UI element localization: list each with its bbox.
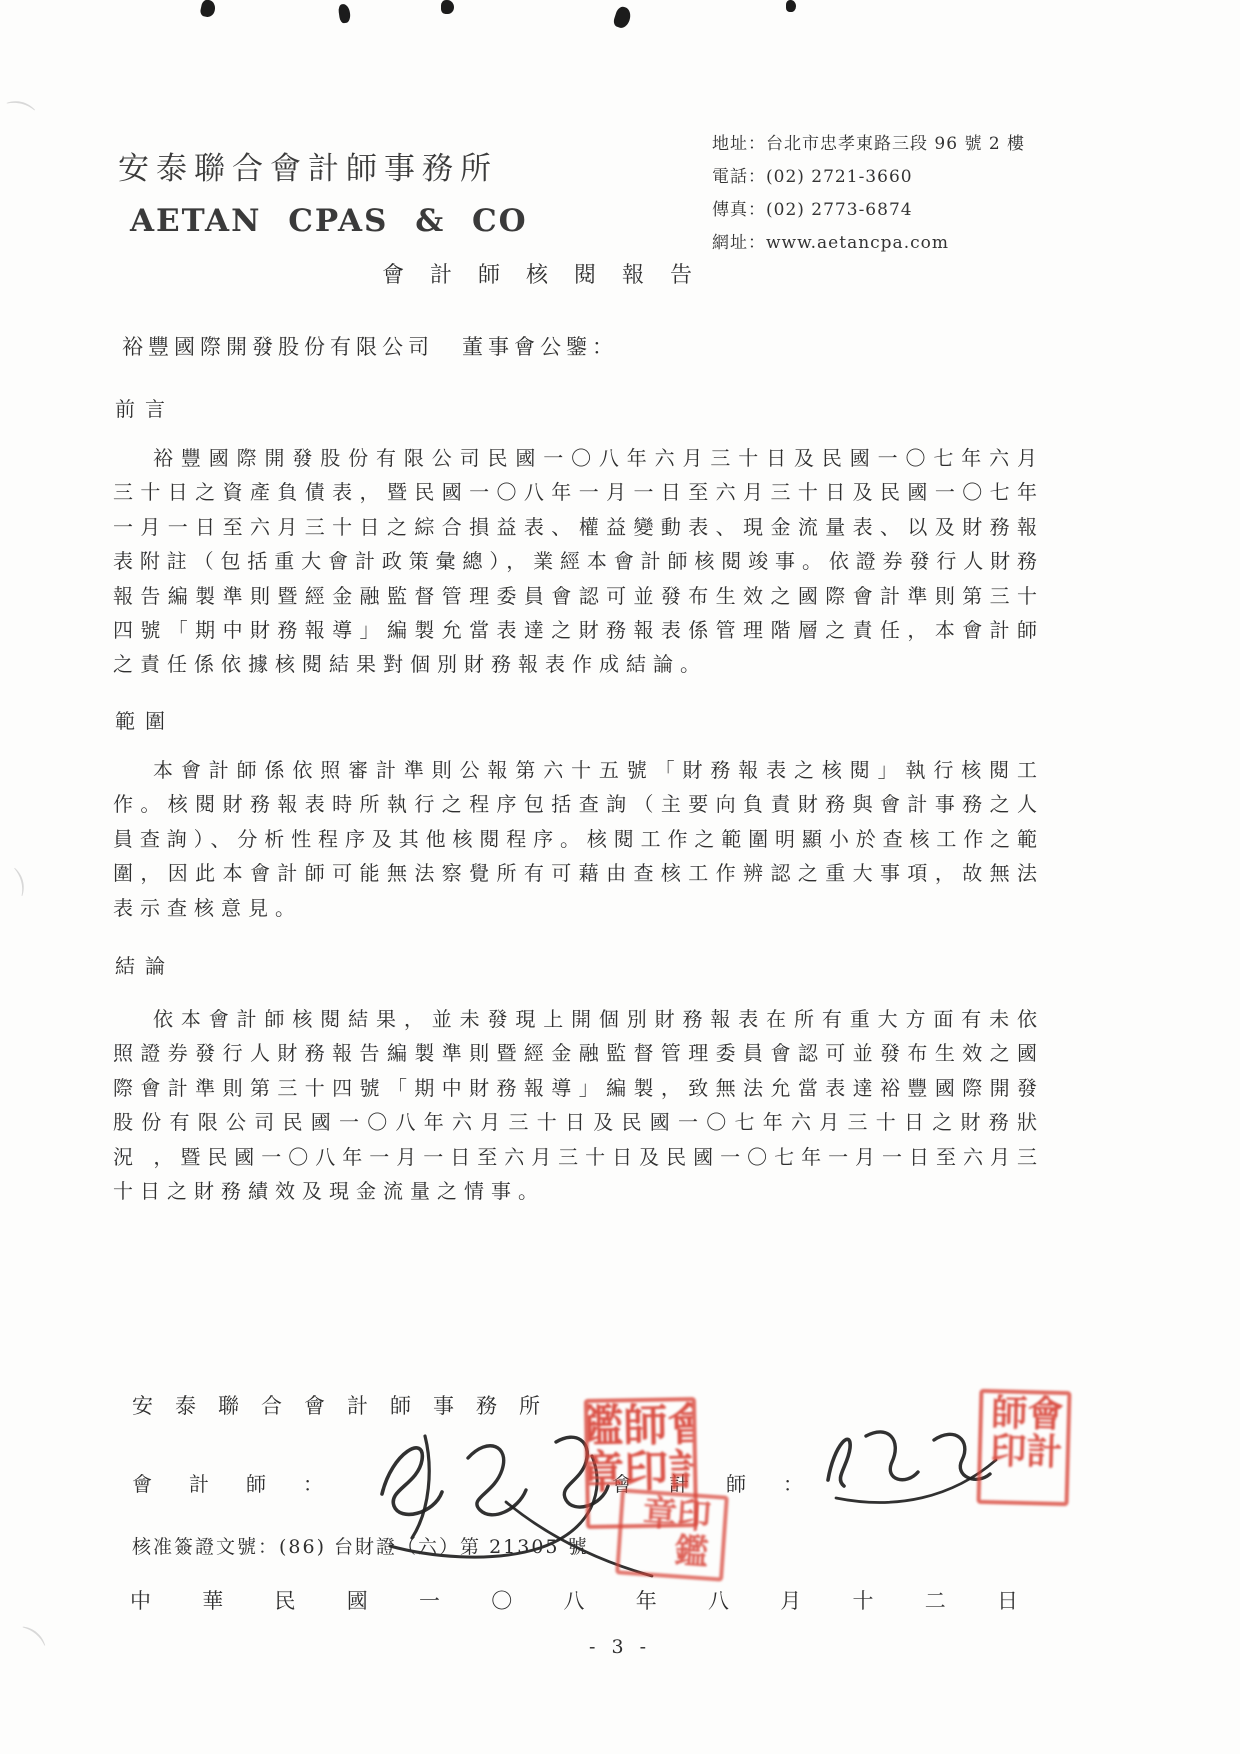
date-char: 一 bbox=[419, 1585, 440, 1615]
page-number: - 3 - bbox=[0, 1636, 1240, 1658]
section-heading-conclusion: 結論 bbox=[115, 950, 175, 979]
text-line: 股份有限公司民國一〇八年六月三十日及民國一〇七年六月三十日之財務狀 bbox=[113, 1105, 1037, 1139]
date-char: 〇 bbox=[491, 1585, 512, 1615]
firm-address: 地址：台北市忠孝東路三段 96 號 2 樓 bbox=[712, 128, 1025, 161]
red-seal-2: 會計師印 bbox=[977, 1389, 1072, 1506]
date-char: 年 bbox=[636, 1585, 657, 1615]
text-line: 裕豐國際開發股份有限公司民國一〇八年六月三十日及民國一〇七年六月 bbox=[113, 441, 1037, 475]
text-line: 員查詢）、分析性程序及其他核閱程序。核閱工作之範圍明顯小於查核工作之範 bbox=[113, 822, 1037, 856]
cpa-label-1: 會計師： bbox=[132, 1468, 360, 1497]
addressee-suffix: 董事會公鑒： bbox=[462, 335, 618, 359]
red-seal-3: 印鑑章 bbox=[615, 1488, 729, 1581]
addressee-line: 裕豐國際開發股份有限公司董事會公鑒： bbox=[122, 331, 618, 361]
scan-artifact bbox=[612, 5, 633, 30]
firm-contact-block: 地址：台北市忠孝東路三段 96 號 2 樓 電話：(02) 2721-3660 … bbox=[712, 128, 1025, 260]
text-line: 作。核閱財務報表時所執行之程序包括查詢（主要向負責財務與會計事務之人 bbox=[113, 787, 1037, 821]
paragraph-conclusion: 依本會計師核閱結果，並未發現上開個別財務報表在所有重大方面有未依 照證券發行人財… bbox=[113, 1002, 1037, 1208]
date-char: 日 bbox=[997, 1585, 1018, 1615]
text-line: 本會計師係依照審計準則公報第六十五號「財務報表之核閱」執行核閱工 bbox=[113, 753, 1037, 787]
scan-artifact: ⌒ bbox=[0, 864, 36, 904]
paragraph-foreword: 裕豐國際開發股份有限公司民國一〇八年六月三十日及民國一〇七年六月 三十日之資產負… bbox=[113, 441, 1037, 682]
license-number-line: 核准簽證文號：(86) 台財證（六）第 21305 號 bbox=[132, 1532, 589, 1559]
text-line: 三十日之資產負債表，暨民國一〇八年一月一日至六月三十日及民國一〇七年 bbox=[113, 475, 1037, 509]
date-char: 八 bbox=[708, 1585, 729, 1615]
text-line: 際會計準則第三十四號「期中財務報導」編製，致無法允當表達裕豐國際開發 bbox=[113, 1071, 1037, 1105]
text-line: 表附註（包括重大會計政策彙總），業經本會計師核閱竣事。依證券發行人財務 bbox=[113, 544, 1037, 578]
scan-artifact bbox=[441, 0, 454, 14]
date-char: 華 bbox=[202, 1585, 223, 1615]
roc-date-line: 中 華 民 國 一 〇 八 年 八 月 十 二 日 bbox=[130, 1585, 1018, 1615]
text-line: 一月一日至六月三十日之綜合損益表、權益變動表、現金流量表、以及財務報 bbox=[113, 510, 1037, 544]
date-char: 月 bbox=[780, 1585, 801, 1615]
firm-name-zh: 安泰聯合會計師事務所 bbox=[118, 143, 498, 188]
scan-artifact bbox=[786, 0, 796, 12]
text-line: 之責任係依據核閱結果對個別財務報表作成結論。 bbox=[113, 647, 1037, 681]
firm-website: 網址：www.aetancpa.com bbox=[712, 227, 1025, 260]
addressee-company: 裕豐國際開發股份有限公司 bbox=[122, 335, 434, 359]
text-line: 照證券發行人財務報告編製準則暨經金融監督管理委員會認可並發布生效之國 bbox=[113, 1036, 1037, 1070]
scanned-review-report-page: ⌒ ⌒ ⌒ 安泰聯合會計師事務所 AETAN CPAS & CO 地址：台北市忠… bbox=[0, 0, 1240, 1754]
report-title: 會計師核閱報告 bbox=[382, 258, 718, 289]
date-char: 八 bbox=[564, 1585, 585, 1615]
scan-artifact: ⌒ bbox=[0, 89, 39, 139]
date-char: 民 bbox=[275, 1585, 296, 1615]
text-line: 四號「期中財務報導」編製允當表達之財務報表係管理階層之責任，本會計師 bbox=[113, 613, 1037, 647]
firm-fax: 傳真：(02) 2773-6874 bbox=[712, 194, 1025, 227]
text-line: 十日之財務績效及現金流量之情事。 bbox=[113, 1174, 1037, 1208]
firm-phone: 電話：(02) 2721-3660 bbox=[712, 161, 1025, 194]
scan-artifact bbox=[338, 3, 352, 23]
date-char: 國 bbox=[347, 1585, 368, 1615]
cpa2-handwritten-signature bbox=[800, 1402, 1005, 1517]
section-heading-foreword: 前言 bbox=[115, 393, 175, 422]
text-line: 依本會計師核閱結果，並未發現上開個別財務報表在所有重大方面有未依 bbox=[113, 1002, 1037, 1036]
date-char: 十 bbox=[853, 1585, 874, 1615]
firm-name-en: AETAN CPAS & CO bbox=[130, 203, 528, 239]
section-heading-scope: 範圍 bbox=[115, 705, 175, 734]
text-line: 報告編製準則暨經金融監督管理委員會認可並發布生效之國際會計準則第三十 bbox=[113, 579, 1037, 613]
date-char: 二 bbox=[925, 1585, 946, 1615]
date-char: 中 bbox=[130, 1585, 151, 1615]
text-line: 圍，因此本會計師可能無法察覺所有可藉由查核工作辨認之重大事項，故無法 bbox=[113, 856, 1037, 890]
text-line: 表示查核意見。 bbox=[113, 891, 1037, 925]
scan-artifact bbox=[199, 0, 216, 18]
paragraph-scope: 本會計師係依照審計準則公報第六十五號「財務報表之核閱」執行核閱工 作。核閱財務報… bbox=[113, 753, 1037, 925]
text-line: 況 ，暨民國一〇八年一月一日至六月三十日及民國一〇七年一月一日至六月三 bbox=[113, 1140, 1037, 1174]
